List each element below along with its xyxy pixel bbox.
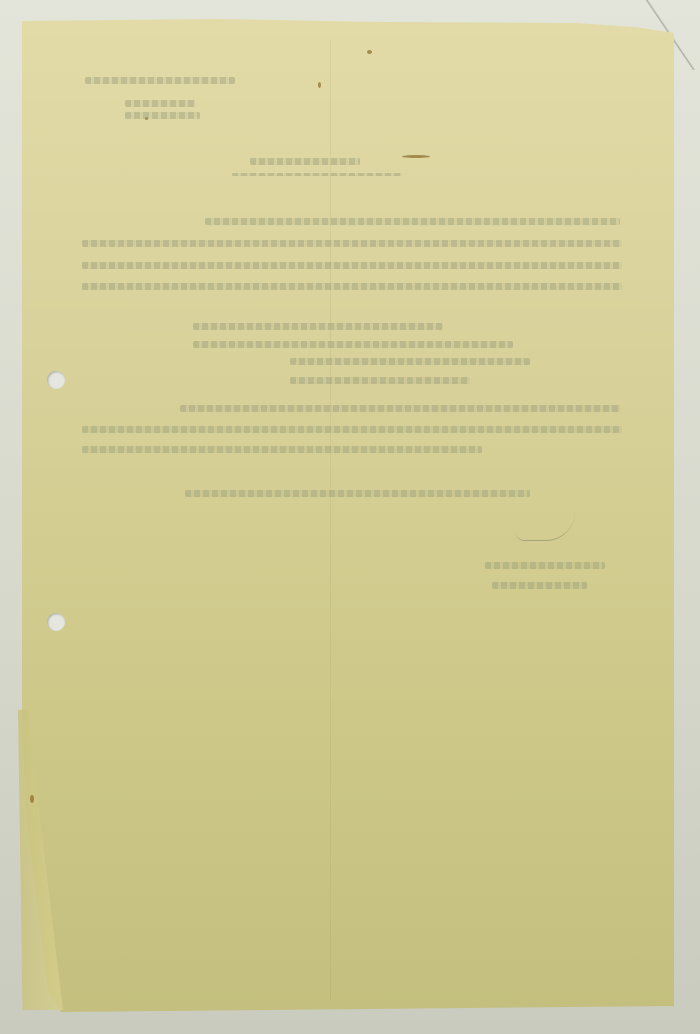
signer-name — [485, 562, 605, 569]
text-line — [82, 426, 622, 433]
text-line — [82, 240, 622, 247]
text-line — [205, 218, 620, 225]
heading — [250, 158, 360, 165]
text-line — [85, 77, 235, 84]
stain — [318, 82, 321, 88]
document-page — [22, 17, 674, 1012]
stain — [367, 50, 372, 54]
text-line — [125, 100, 195, 107]
text-line — [82, 446, 482, 453]
list-item — [193, 341, 513, 348]
punch-hole — [47, 613, 65, 631]
text-line — [180, 405, 620, 412]
date-line — [185, 490, 530, 497]
punch-hole — [47, 371, 65, 389]
text-line — [82, 262, 622, 269]
text-line — [125, 112, 200, 119]
list-item — [290, 377, 470, 384]
stain — [402, 155, 430, 158]
page-crease — [330, 40, 331, 1000]
text-line — [82, 283, 622, 290]
list-item — [290, 358, 530, 365]
list-item — [193, 323, 443, 330]
signer-title — [492, 582, 587, 589]
heading-underline — [232, 173, 402, 176]
stain — [30, 795, 34, 803]
